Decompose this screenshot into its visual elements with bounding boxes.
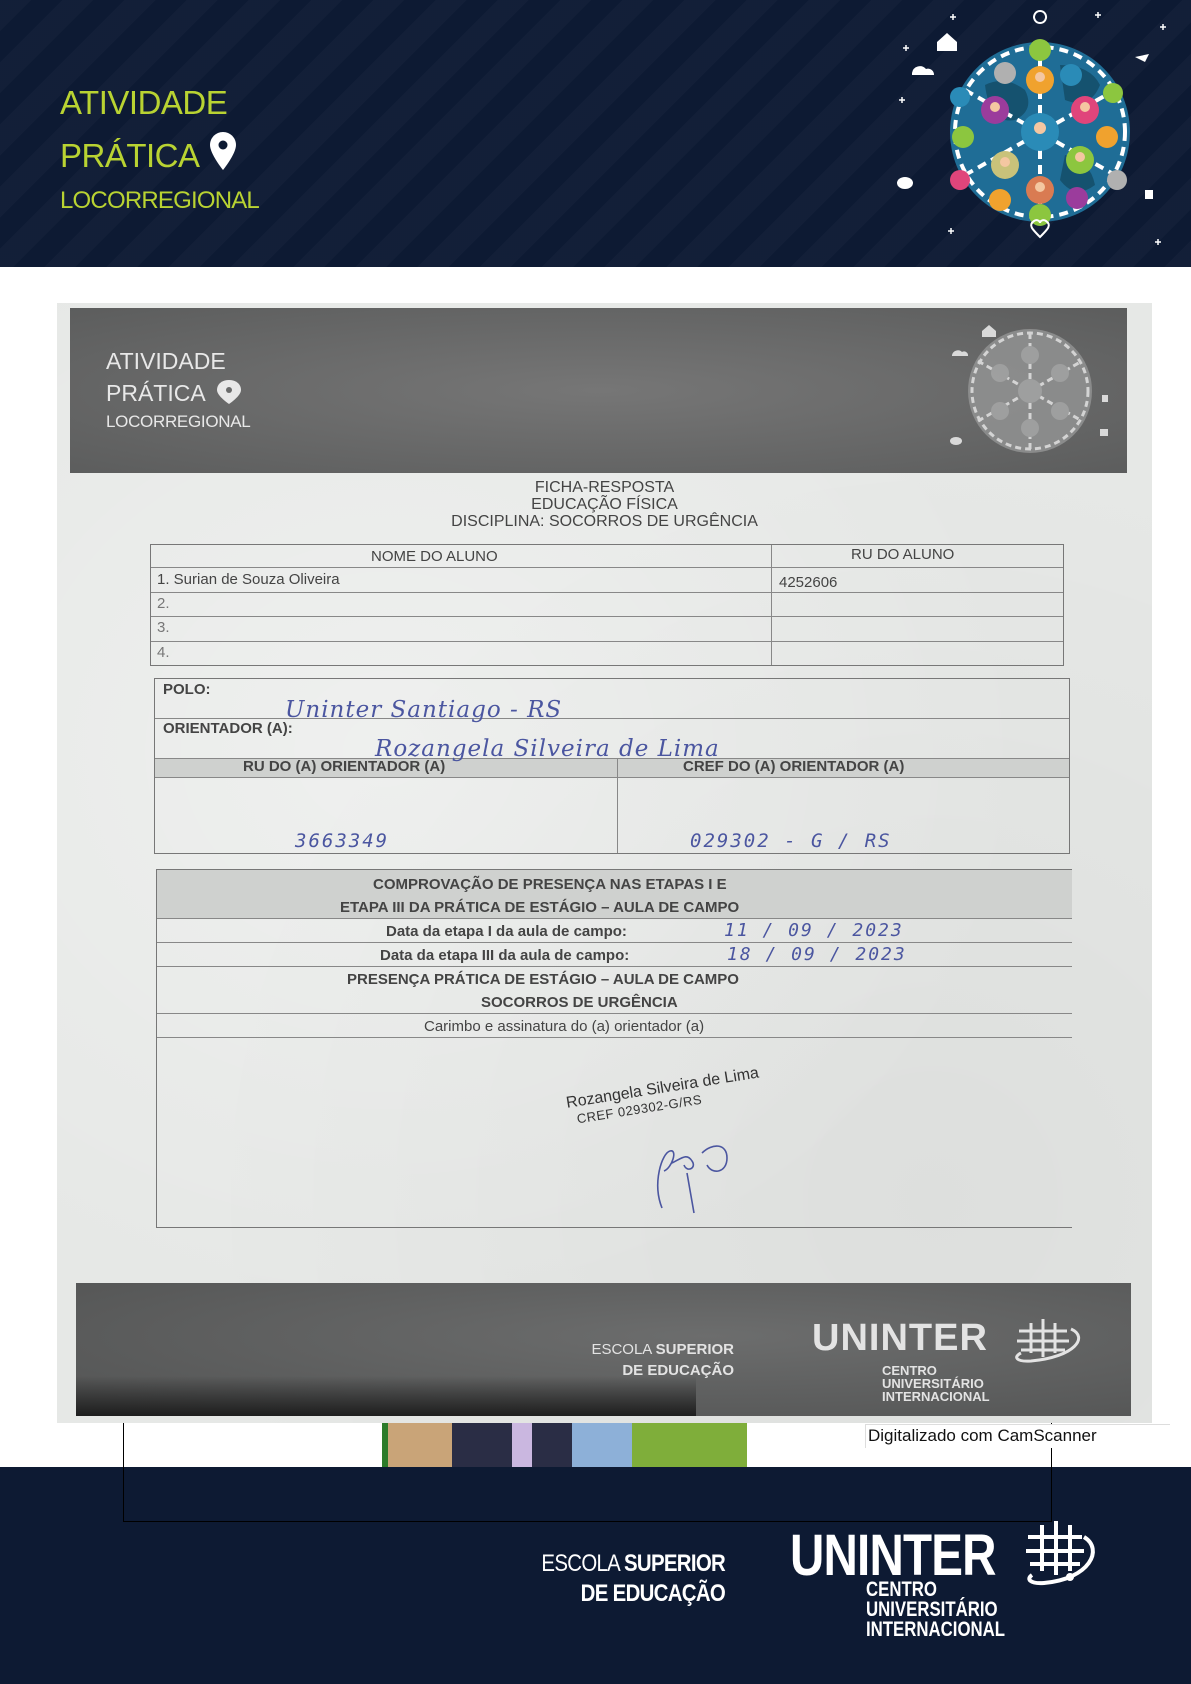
footer-sub: CENTRO UNIVERSITÁRIO INTERNACIONAL xyxy=(866,1580,1005,1640)
footer-escola-bold: SUPERIOR xyxy=(624,1550,725,1577)
people-network-globe-icon xyxy=(895,5,1185,260)
scan-footer-escola-light: ESCOLA xyxy=(591,1341,651,1358)
cref-orientador-value: 029302 - G / RS xyxy=(690,830,892,852)
footer-sub3: INTERNACIONAL xyxy=(866,1620,1005,1640)
scan-footer-escola: ESCOLA SUPERIOR DE EDUCAÇÃO xyxy=(591,1339,734,1381)
footer-brand: UNINTER xyxy=(790,1527,996,1585)
orientador-label: ORIENTADOR (A): xyxy=(163,720,293,737)
student-row-1-ru: 4252606 xyxy=(779,574,837,591)
date-stage3-label: Data da etapa III da aula de campo: xyxy=(380,947,629,964)
banner-title-line2: PRÁTICA xyxy=(60,132,259,175)
cref-orientador-label: CREF DO (A) ORIENTADOR (A) xyxy=(683,758,904,775)
date-stage1-value: 11 / 09 / 2023 xyxy=(724,920,904,941)
handwritten-signature-icon xyxy=(642,1113,752,1223)
date-stage3-value: 18 / 09 / 2023 xyxy=(727,944,907,965)
scan-footer-escola-line2: DE EDUCAÇÃO xyxy=(622,1362,734,1379)
scanned-document: ATIVIDADE PRÁTICA LOCORREGIONAL xyxy=(57,303,1152,1423)
banner-title-line3: LOCORREGIONAL xyxy=(60,189,259,213)
footer-escola: ESCOLA SUPERIOR DE EDUCAÇÃO xyxy=(541,1549,725,1609)
scan-title-line2: PRÁTICA xyxy=(106,380,250,405)
footer-sub2: UNIVERSITÁRIO xyxy=(866,1600,1005,1620)
camscanner-watermark: Digitalizado com CamScanner xyxy=(865,1424,1170,1448)
polo-label: POLO: xyxy=(163,681,211,698)
scan-footer-sub3: INTERNACIONAL xyxy=(882,1390,990,1403)
scan-footer-escola-bold: SUPERIOR xyxy=(656,1341,734,1358)
people-network-globe-icon xyxy=(930,313,1120,463)
map-pin-icon xyxy=(210,132,236,175)
banner-title: ATIVIDADE PRÁTICA LOCORREGIONAL xyxy=(60,86,259,213)
top-banner: ATIVIDADE PRÁTICA LOCORREGIONAL xyxy=(0,0,1191,267)
ru-orientador-label: RU DO (A) ORIENTADOR (A) xyxy=(243,758,445,775)
column-header-ru: RU DO ALUNO xyxy=(851,546,954,563)
scan-title-line1: ATIVIDADE xyxy=(106,350,250,373)
presence-title-line1: COMPROVAÇÃO DE PRESENÇA NAS ETAPAS I E xyxy=(373,876,727,893)
presence-section-line1: PRESENÇA PRÁTICA DE ESTÁGIO – AULA DE CA… xyxy=(347,971,739,988)
heading-line2: EDUCAÇÃO FÍSICA xyxy=(57,496,1152,513)
scan-footer-sub: CENTRO UNIVERSITÁRIO INTERNACIONAL xyxy=(882,1364,990,1403)
column-header-name: NOME DO ALUNO xyxy=(371,548,498,565)
polo-value: Uninter Santiago - RS xyxy=(285,697,562,723)
footer-escola-light: ESCOLA xyxy=(541,1550,619,1577)
scan-footer-brand: UNINTER xyxy=(812,1319,988,1357)
scan-title-line3: LOCORREGIONAL xyxy=(106,413,250,430)
heading-line1: FICHA-RESPOSTA xyxy=(57,479,1152,496)
scan-footer: ESCOLA SUPERIOR DE EDUCAÇÃO UNINTER CENT… xyxy=(76,1283,1131,1416)
scan-header-title: ATIVIDADE PRÁTICA LOCORREGIONAL xyxy=(106,350,250,430)
date-stage1-label: Data da etapa I da aula de campo: xyxy=(386,923,627,940)
uninter-globe-icon xyxy=(1020,1519,1100,1589)
presence-table: COMPROVAÇÃO DE PRESENÇA NAS ETAPAS I E E… xyxy=(156,869,1072,1228)
scan-title-line2-text: PRÁTICA xyxy=(106,380,204,406)
stamp-label: Carimbo e assinatura do (a) orientador (… xyxy=(424,1018,704,1035)
footer-sub1: CENTRO xyxy=(866,1580,1005,1600)
banner-title-line2-text: PRÁTICA xyxy=(60,137,200,174)
banner-title-line1: ATIVIDADE xyxy=(60,86,259,119)
student-row-3-name: 3. xyxy=(157,619,170,636)
bottom-banner: ESCOLA SUPERIOR DE EDUCAÇÃO UNINTER CENT… xyxy=(0,1467,1191,1684)
presence-section-line2: SOCORROS DE URGÊNCIA xyxy=(481,994,678,1011)
ru-orientador-value: 3663349 xyxy=(295,830,389,852)
map-pin-icon xyxy=(215,380,243,404)
student-row-1-name: 1. Surian de Souza Oliveira xyxy=(157,571,340,588)
student-row-2-name: 2. xyxy=(157,595,170,612)
heading-line3: DISCIPLINA: SOCORROS DE URGÊNCIA xyxy=(57,513,1152,530)
frame-outline-bottom xyxy=(123,1466,1052,1522)
presence-title-line2: ETAPA III DA PRÁTICA DE ESTÁGIO – AULA D… xyxy=(340,899,739,916)
orientador-table: POLO: Uninter Santiago - RS ORIENTADOR (… xyxy=(154,678,1070,854)
students-table: NOME DO ALUNO RU DO ALUNO 1. Surian de S… xyxy=(150,544,1064,666)
student-row-4-name: 4. xyxy=(157,644,170,661)
footer-escola-line2: DE EDUCAÇÃO xyxy=(581,1580,725,1607)
document-heading: FICHA-RESPOSTA EDUCAÇÃO FÍSICA DISCIPLIN… xyxy=(57,479,1152,530)
scan-header: ATIVIDADE PRÁTICA LOCORREGIONAL xyxy=(70,308,1127,473)
uninter-globe-icon xyxy=(1011,1315,1091,1365)
